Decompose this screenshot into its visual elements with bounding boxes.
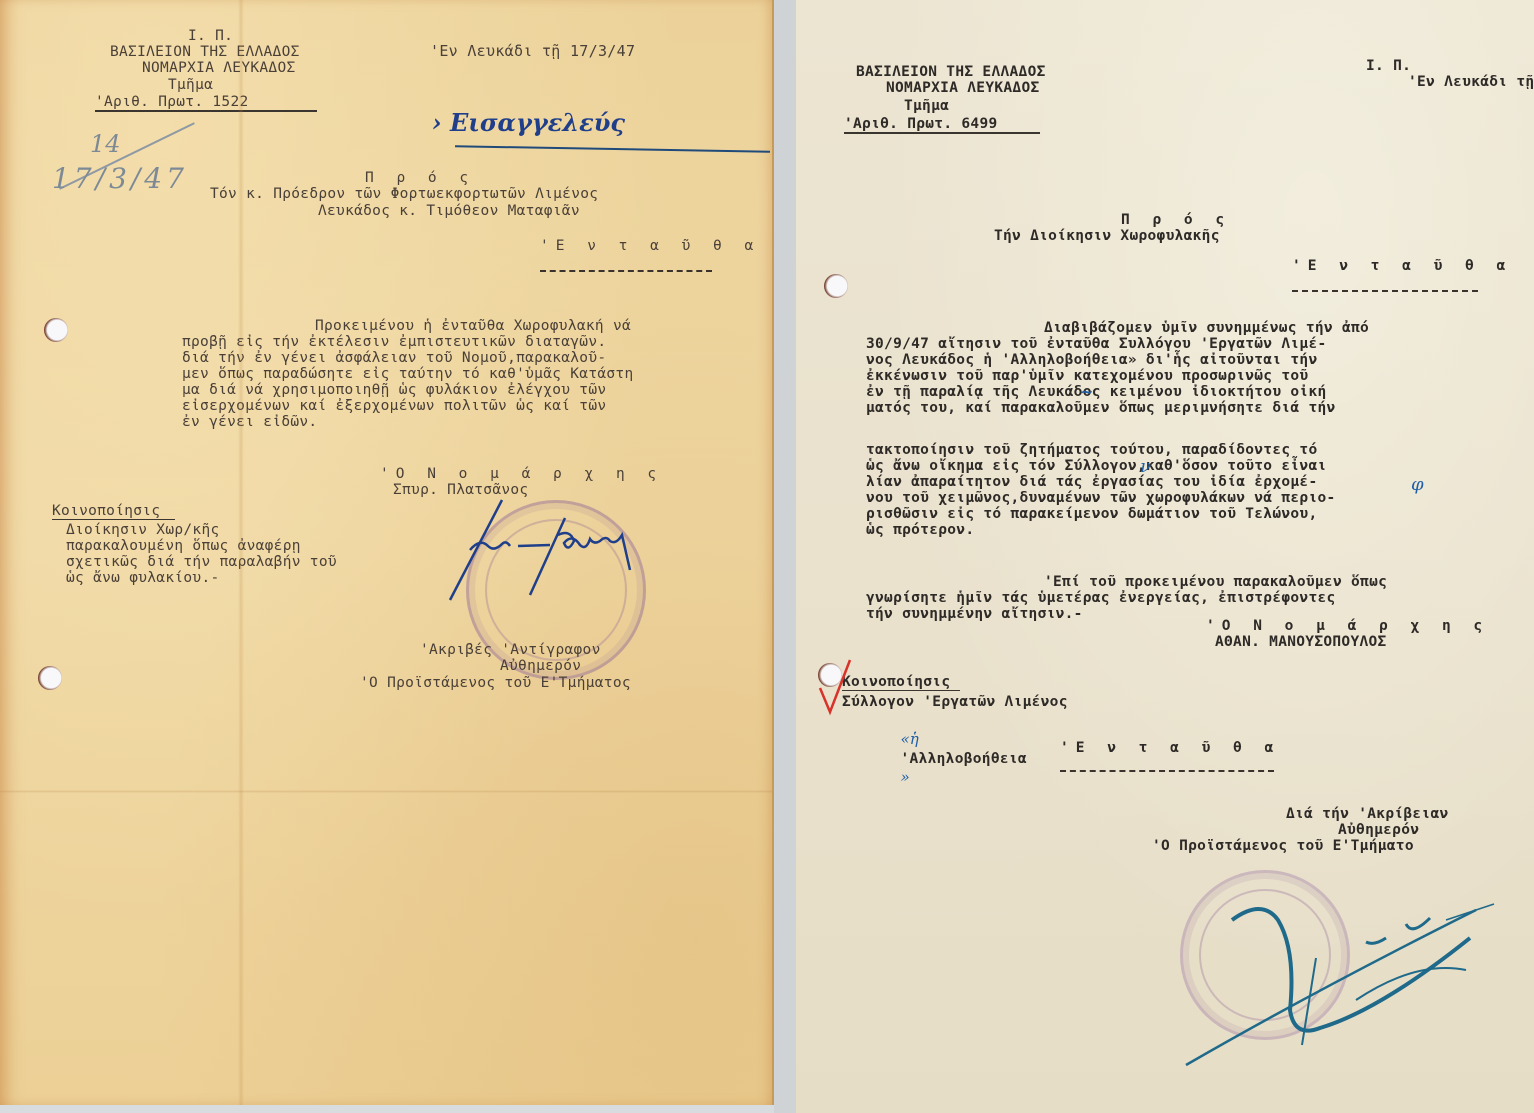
notification-heading: Κοινοποίησις — [52, 503, 175, 520]
signatory-title: 'Ο Ν ο μ ά ρ χ η ς — [380, 466, 663, 482]
body-line-3: διά τήν ἐν γένει ἀσφάλειαν τοῦ Νομοῦ,παρ… — [182, 350, 606, 366]
page-gap — [774, 0, 796, 1113]
place-date: 'Εν Λευκάδι τῇ 2/10/47 — [1408, 74, 1534, 90]
department-head: 'Ο Προϊστάμενος τοῦ Ε'Τμήματος — [360, 675, 631, 691]
signatory-name: ΑΘΑΝ. ΜΑΝΟΥΣΟΠΟΥΛΟΣ — [1215, 634, 1387, 650]
body-line-15: τήν συνημμένην αἴτησιν.- — [866, 606, 1083, 622]
left-document-page: Ι. Π. ΒΑΣΙΛΕΙΟΝ ΤΗΣ ΕΛΛΑΔΟΣ ΝΟΜΑΡΧΙΑ ΛΕΥ… — [0, 0, 774, 1105]
body-line-1: Προκειμένου ἡ ἐνταῦθα Χωροφυλακή νά — [315, 318, 631, 334]
handwritten-quote-open: «ἡ — [901, 730, 919, 748]
header-department: Τμῆμα — [904, 98, 949, 114]
handwritten-underline — [455, 145, 770, 152]
body-line-8: ὡς ἄνω οἴκημα εἰς τόν Σύλλογον,καθ'ὅσον … — [866, 458, 1327, 474]
right-document-page: Ι. Π. ΒΑΣΙΛΕΙΟΝ ΤΗΣ ΕΛΛΑΔΟΣ ΝΟΜΑΡΧΙΑ ΛΕΥ… — [796, 0, 1534, 1113]
header-code: Ι. Π. — [1366, 58, 1411, 74]
to-label: Π ρ ό ς — [365, 170, 475, 186]
notification-dashes — [1060, 770, 1274, 772]
punch-hole — [818, 663, 842, 687]
body-line-3: νος Λευκάδος ἡ 'Αλληλοβοήθεια» δι'ἧς αἰτ… — [866, 352, 1318, 368]
handwritten-quote-close: » — [901, 768, 910, 786]
notification-line-4: ὡς ἄνω φυλακίου.- — [66, 570, 220, 586]
recipient-location: 'Ε ν τ α ῦ θ α — [1292, 258, 1512, 274]
signatory-title: 'Ο Ν ο μ ά ρ χ η ς — [1206, 618, 1489, 634]
body-line-7: ἐν γένει εἰδῶν. — [182, 414, 317, 430]
department-head: 'Ο Προϊστάμενος τοῦ Ε'Τμήματο — [1152, 838, 1414, 854]
punch-hole — [824, 274, 848, 298]
header-department: Τμῆμα — [168, 77, 213, 93]
signature-platsanos — [430, 490, 660, 610]
association-name: 'Αλληλοβοήθεια — [901, 751, 1027, 767]
body-line-7: τακτοποίησιν τοῦ ζητήματος τούτου, παραδ… — [866, 442, 1318, 458]
body-line-1: Διαβιβάζομεν ὑμῖν συνημμένως τήν ἀπό — [1044, 320, 1369, 336]
body-line-10: νου τοῦ χειμῶνος,δυναμένων τῶν χωροφυλάκ… — [866, 490, 1336, 506]
ink-correction: ~ — [1080, 382, 1093, 401]
ink-correction: φ — [1411, 474, 1424, 495]
recipient-location: 'Ε ν τ α ῦ θ α — [540, 238, 760, 254]
body-line-5: μα διά νά χρησιμοποιηθῇ ὡς φυλάκιον ἐλέγ… — [182, 382, 606, 398]
same-day: Αὐθημερόν — [500, 658, 581, 674]
body-line-6: εἰσερχομένων καί ἐξερχομένων πολιτῶν ὡς … — [182, 398, 606, 414]
registry-number: 14 — [90, 130, 121, 158]
registry-date: 17/3/47 — [52, 162, 188, 195]
notification-line-2: «ἡ 'Αλληλοβοήθεια » — [862, 710, 1027, 805]
body-line-13: 'Επί τοῦ προκειμένου παρακαλοῦμεν ὅπως — [1044, 574, 1387, 590]
ink-correction: ν — [1140, 456, 1151, 477]
body-line-11: ρισθῶσιν εἰς τό παρακείμενον δωμάτιον το… — [866, 506, 1318, 522]
punch-hole — [38, 666, 62, 690]
handwritten-annotation: › Εισαγγελεύς — [432, 108, 625, 137]
header-prefecture: ΝΟΜΑΡΧΙΑ ΛΕΥΚΑΔΟΣ — [142, 60, 296, 76]
header-code: Ι. Π. — [188, 28, 233, 44]
recipient-line-1: Τήν Διοίκησιν Χωροφυλακῆς — [994, 228, 1220, 244]
body-line-4: μεν ὅπως παραδώσητε εἰς ταύτην τό καθ'ὑμ… — [182, 366, 634, 382]
notification-line-3: σχετικῶς διά τήν παραλαβήν τοῦ — [66, 554, 337, 570]
notification-line-1: Σύλλογον 'Εργατῶν Λιμένος — [842, 694, 1068, 710]
body-line-6: ματός του, καί παρακαλοῦμεν ὅπως μεριμνή… — [866, 400, 1336, 416]
protocol-number: 'Αριθ. Πρωτ. 6499 — [844, 116, 1040, 134]
punch-hole — [44, 318, 68, 342]
recipient-line-2: Λευκάδος κ. Τιμόθεον Ματαφιᾶν — [318, 203, 580, 219]
place-date: 'Εν Λευκάδι τῇ 17/3/47 — [430, 42, 635, 60]
body-line-9: λίαν ἀπαραίτητον διά τάς ἐργασίας του ἰδ… — [866, 474, 1318, 490]
protocol-number: 'Αριθ. Πρωτ. 1522 — [95, 94, 317, 112]
body-line-2: 30/9/47 αἴτησιν τοῦ ἐνταῦθα Συλλόγου 'Ερ… — [866, 336, 1327, 352]
same-day: Αὐθημερόν — [1338, 822, 1419, 838]
header-kingdom: ΒΑΣΙΛΕΙΟΝ ΤΗΣ ΕΛΛΑΔΟΣ — [110, 44, 300, 60]
paper-fold — [0, 790, 772, 793]
to-label: Π ρ ό ς — [1121, 212, 1231, 228]
certified-accuracy: Διά τήν 'Ακρίβειαν — [1286, 806, 1449, 822]
body-line-5: ἐν τῇ παραλίᾳ τῆς Λευκάδος κειμένου ἰδιο… — [866, 384, 1327, 400]
notification-heading: Κοινοποίησις — [842, 674, 960, 691]
notification-line-2: παρακαλουμένη ὅπως ἀναφέρῃ — [66, 538, 301, 554]
body-line-14: γνωρίσητε ἡμῖν τάς ὑμετέρας ἐνεργείας, ἐ… — [866, 590, 1336, 606]
signature-manousopoulos — [1176, 880, 1506, 1070]
header-kingdom: ΒΑΣΙΛΕΙΟΝ ΤΗΣ ΕΛΛΑΔΟΣ — [856, 64, 1046, 80]
notification-line-1: Διοίκησιν Χωρ/κῆς — [66, 522, 220, 538]
recipient-line-1: Τόν κ. Πρόεδρον τῶν Φορτωεκφορτωτῶν Λιμέ… — [210, 186, 598, 202]
body-line-2: προβῇ εἰς τήν ἐκτέλεσιν ἐμπιστευτικῶν δι… — [182, 334, 606, 350]
notification-location: 'Ε ν τ α ῦ θ α — [1060, 740, 1280, 756]
body-line-12: ὡς πρότερον. — [866, 522, 974, 538]
location-dashes — [540, 270, 712, 272]
location-dashes — [1292, 290, 1478, 292]
certified-copy: 'Ακριβές 'Αντίγραφον — [420, 642, 601, 658]
header-prefecture: ΝΟΜΑΡΧΙΑ ΛΕΥΚΑΔΟΣ — [886, 80, 1040, 96]
